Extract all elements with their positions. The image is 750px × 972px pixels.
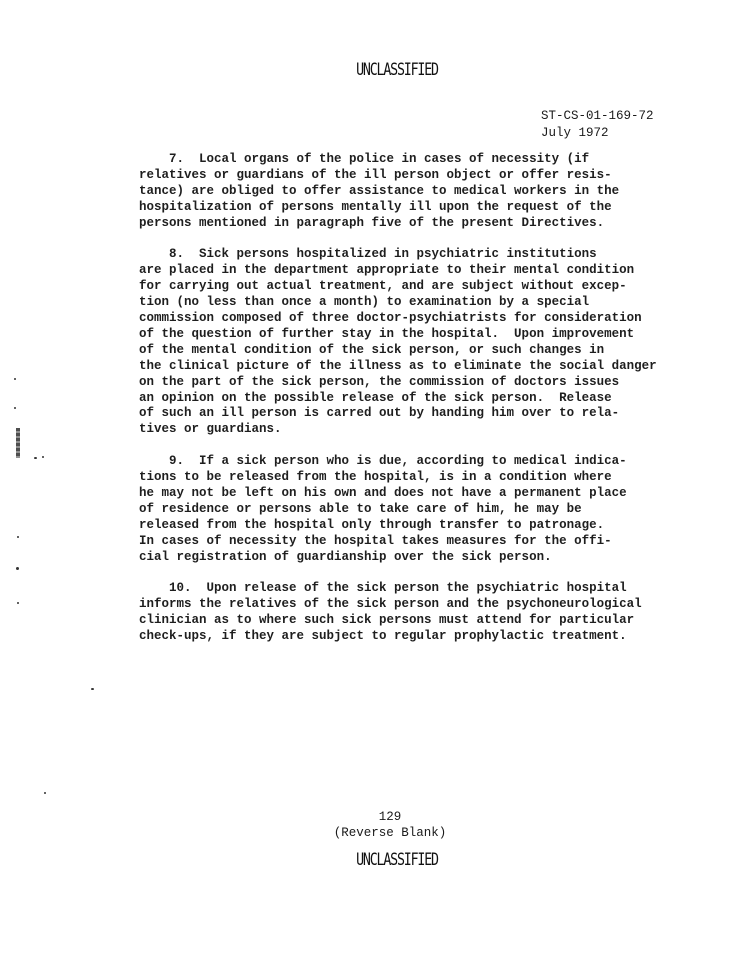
- classification-footer: UNCLASSIFIED: [105, 850, 690, 870]
- scan-speck: [34, 457, 37, 459]
- paragraph-line: are placed in the department appropriate…: [139, 263, 699, 279]
- paragraph-line: 10. Upon release of the sick person the …: [139, 581, 699, 597]
- paragraph-line: of the mental condition of the sick pers…: [139, 343, 699, 359]
- paragraph-line: the clinical picture of the illness as t…: [139, 359, 699, 375]
- scan-speck: [16, 567, 19, 570]
- scan-speck: [91, 688, 94, 690]
- paragraph-line: 7. Local organs of the police in cases o…: [139, 152, 699, 168]
- scan-speck: [42, 456, 44, 458]
- page-footer: 129 (Reverse Blank): [0, 809, 750, 841]
- scan-speck: [14, 378, 16, 380]
- paragraph-line: informs the relatives of the sick person…: [139, 597, 699, 613]
- paragraph-line: tance) are obliged to offer assistance t…: [139, 184, 699, 200]
- paragraph-line: of the question of further stay in the h…: [139, 327, 699, 343]
- paragraph-line: tion (no less than once a month) to exam…: [139, 295, 699, 311]
- page-number: 129: [30, 809, 750, 825]
- paragraph-line: cial registration of guardianship over t…: [139, 550, 699, 566]
- paragraph-line: persons mentioned in paragraph five of t…: [139, 216, 699, 232]
- paragraph-line: relatives or guardians of the ill person…: [139, 168, 699, 184]
- paragraph-line: tions to be released from the hospital, …: [139, 470, 699, 486]
- paragraph-9: 9. If a sick person who is due, accordin…: [139, 454, 699, 565]
- paragraph-8: 8. Sick persons hospitalized in psychiat…: [139, 247, 699, 438]
- scan-speck: [17, 602, 19, 604]
- paragraph-10: 10. Upon release of the sick person the …: [139, 581, 699, 645]
- paragraph-line: 8. Sick persons hospitalized in psychiat…: [139, 247, 699, 263]
- document-body: 7. Local organs of the police in cases o…: [139, 152, 699, 661]
- paragraph-line: commission composed of three doctor-psyc…: [139, 311, 699, 327]
- paragraph-line: tives or guardians.: [139, 422, 699, 438]
- paragraph-line: clinician as to where such sick persons …: [139, 613, 699, 629]
- scan-speck: [17, 536, 19, 538]
- scan-speck: [14, 407, 16, 409]
- paragraph-line: on the part of the sick person, the comm…: [139, 375, 699, 391]
- page-note: (Reverse Blank): [30, 825, 750, 841]
- paragraph-7: 7. Local organs of the police in cases o…: [139, 152, 699, 232]
- paragraph-line: of residence or persons able to take car…: [139, 502, 699, 518]
- paragraph-line: of such an ill person is carred out by h…: [139, 406, 699, 422]
- paragraph-line: released from the hospital only through …: [139, 518, 699, 534]
- paragraph-line: for carrying out actual treatment, and a…: [139, 279, 699, 295]
- classification-header: UNCLASSIFIED: [105, 60, 690, 80]
- document-id: ST-CS-01-169-72: [541, 108, 654, 125]
- document-reference: ST-CS-01-169-72 July 1972: [541, 108, 654, 142]
- paragraph-line: hospitalization of persons mentally ill …: [139, 200, 699, 216]
- paragraph-line: 9. If a sick person who is due, accordin…: [139, 454, 699, 470]
- paragraph-line: an opinion on the possible release of th…: [139, 391, 699, 407]
- scan-artifact: [16, 428, 20, 458]
- document-date: July 1972: [541, 125, 654, 142]
- paragraph-line: he may not be left on his own and does n…: [139, 486, 699, 502]
- scan-speck: [44, 792, 46, 794]
- paragraph-line: In cases of necessity the hospital takes…: [139, 534, 699, 550]
- paragraph-line: check-ups, if they are subject to regula…: [139, 629, 699, 645]
